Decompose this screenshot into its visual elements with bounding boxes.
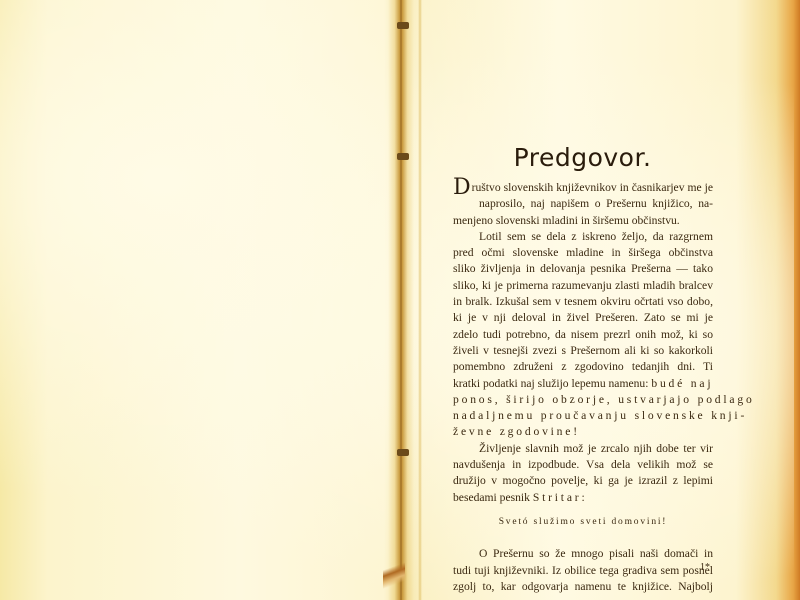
- emphasized-line: ževne zgodovine!: [453, 424, 713, 440]
- text-line: pomembno združeni z zgodovino tedanjih d…: [453, 359, 713, 375]
- emphasized-line: ponos, širijo obzorje, ustvarjajo podlag…: [453, 392, 713, 408]
- text-line: besedami pesnik Stritar:: [453, 490, 713, 506]
- text-line: in bralk. Izkušal sem v tesnem okviru oč…: [453, 294, 713, 310]
- text-line: Življenje slavnih mož je zrcalo njih dob…: [453, 441, 713, 457]
- text-line: navdušenja in izpodbude. Vsa dela veliki…: [453, 457, 713, 473]
- text-line: zdelo tudi potrebno, da nisem prezrl oni…: [453, 327, 713, 343]
- emphasized-line: nadaljnemu proučavanju slovenske knji-: [453, 408, 713, 424]
- text-line: ki je v nji deloval in živel Prešeren. Z…: [453, 310, 713, 326]
- text-line: naprosilo, naj napišem o Prešernu knjiži…: [453, 196, 713, 212]
- text-line: zgolj to, kar odgovarja namenu te knjiži…: [453, 579, 713, 595]
- spine-tear: [383, 545, 405, 600]
- page-number: 1*: [700, 562, 710, 573]
- emphasized-text: budé naj: [651, 377, 713, 390]
- book-spread: Predgovor. Društvo slovenskih književnik…: [0, 0, 800, 600]
- left-page-blank: [0, 0, 395, 600]
- text-line: menjeno slovenski mladini in širšemu obč…: [453, 213, 713, 229]
- text-line: sliko, ki je primerna razumevanju zlasti…: [453, 278, 713, 294]
- paragraph-1: Društvo slovenskih književnikov in časni…: [453, 180, 713, 229]
- paragraph-3: Življenje slavnih mož je zrcalo njih dob…: [453, 441, 713, 506]
- paragraph-4: O Prešernu so že mnogo pisali naši domač…: [453, 546, 713, 595]
- motto-quote: Svetó služimo sveti domovini!: [453, 514, 713, 530]
- emphasized-text: Stritar:: [533, 491, 588, 504]
- text-line: O Prešernu so že mnogo pisali naši domač…: [453, 546, 713, 562]
- text-line: Društvo slovenskih književnikov in časni…: [453, 180, 713, 196]
- text-line: družijo v mogočno povelje, ki ga je izra…: [453, 473, 713, 489]
- text-line: živeli v tesnejši zvezi s Prešernom ali …: [453, 343, 713, 359]
- text-line: tudi tuji književniki. Iz obilice tega g…: [453, 563, 713, 579]
- body-text: Društvo slovenskih književnikov in časni…: [453, 180, 713, 595]
- drop-cap: D: [453, 175, 471, 200]
- text-line: Lotil sem se dela z iskreno željo, da ra…: [453, 229, 713, 245]
- page-title: Predgovor.: [450, 143, 715, 172]
- text-line: sliko življenja in delovanja pesnika Pre…: [453, 261, 713, 277]
- paragraph-2: Lotil sem se dela z iskreno željo, da ra…: [453, 229, 713, 441]
- text-line: pred očmi slovenske mladine in širšega o…: [453, 245, 713, 261]
- text-line: kratki podatki naj služijo lepemu namenu…: [453, 376, 713, 392]
